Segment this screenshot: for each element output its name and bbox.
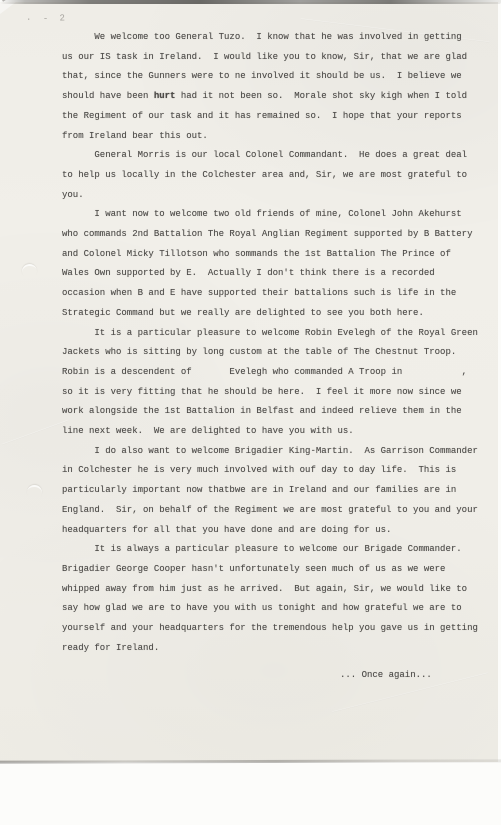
- text-line: should have been hurt had it not been so…: [62, 87, 492, 107]
- text-segment: you.: [62, 190, 84, 200]
- text-line: and Colonel Micky Tillotson who sommands…: [62, 245, 492, 265]
- text-line: Brigadier George Cooper hasn't unfortuna…: [62, 560, 492, 580]
- text-segment: us our IS task in Ireland. I would like …: [62, 52, 467, 62]
- text-line: us our IS task in Ireland. I would like …: [62, 48, 492, 68]
- text-line: General Morris is our local Colonel Comm…: [62, 146, 492, 166]
- text-segment: line next week. We are delighted to have…: [62, 426, 354, 436]
- text-line: Strategic Command but we really are deli…: [62, 304, 492, 324]
- text-segment: and Colonel Micky Tillotson who sommands…: [62, 249, 451, 259]
- text-line: work alongside the 1st Battalion in Belf…: [62, 402, 492, 422]
- emphasized-word: hurt: [154, 91, 176, 101]
- text-segment: the Regiment of our task and it has rema…: [62, 111, 462, 121]
- text-segment: England. Sir, on behalf of the Regiment …: [62, 505, 478, 515]
- text-line: the Regiment of our task and it has rema…: [62, 107, 492, 127]
- page-bottom-edge: [0, 759, 501, 763]
- paragraph: It is always a particular pleasure to we…: [62, 540, 492, 658]
- text-segment: should have been: [62, 91, 154, 101]
- text-segment: Robin is a descendent of Evelegh who com…: [62, 367, 467, 377]
- paper-crease: [2, 420, 68, 445]
- text-segment: say how glad we are to have you with us …: [62, 603, 462, 613]
- text-line: I do also want to welcome Brigadier King…: [62, 442, 492, 462]
- scan-top-edge: [0, 0, 501, 4]
- text-line: particularly important now thatbwe are i…: [62, 481, 492, 501]
- text-segment: Jackets who is sitting by long custom at…: [62, 347, 456, 357]
- text-line: say how glad we are to have you with us …: [62, 599, 492, 619]
- text-segment: I do also want to welcome Brigadier King…: [62, 446, 478, 456]
- text-segment: headquarters for all that you have done …: [62, 525, 391, 535]
- paragraph: General Morris is our local Colonel Comm…: [62, 146, 492, 205]
- text-segment: to help us locally in the Colchester are…: [62, 170, 467, 180]
- text-segment: ready for Ireland.: [62, 643, 159, 653]
- text-segment: work alongside the 1st Battalion in Belf…: [62, 406, 462, 416]
- text-line: that, since the Gunners were to ne invol…: [62, 67, 492, 87]
- text-line: Robin is a descendent of Evelegh who com…: [62, 363, 492, 383]
- text-segment: General Morris is our local Colonel Comm…: [62, 150, 467, 160]
- text-segment: who commands 2nd Battalion The Royal Ang…: [62, 229, 472, 239]
- text-segment: Brigadier George Cooper hasn't unfortuna…: [62, 564, 445, 574]
- text-segment: Wales Own supported by E. Actually I don…: [62, 268, 435, 278]
- text-segment: whipped away from him just as he arrived…: [62, 584, 467, 594]
- text-segment: It is always a particular pleasure to we…: [62, 544, 462, 554]
- text-segment: in Colchester he is very much involved w…: [62, 465, 456, 475]
- text-line: Jackets who is sitting by long custom at…: [62, 343, 492, 363]
- paragraph: It is a particular pleasure to welcome R…: [62, 324, 492, 442]
- text-segment: We welcome too General Tuzo. I know that…: [62, 32, 462, 42]
- text-line: I want now to welcome two old friends of…: [62, 205, 492, 225]
- text-line: line next week. We are delighted to have…: [62, 422, 492, 442]
- text-segment: from Ireland bear this out.: [62, 131, 208, 141]
- letter-body-text: We welcome too General Tuzo. I know that…: [62, 28, 492, 659]
- text-line: you.: [62, 186, 492, 206]
- paragraph: I want now to welcome two old friends of…: [62, 205, 492, 323]
- punch-hole-impression: [21, 263, 38, 280]
- text-line: whipped away from him just as he arrived…: [62, 580, 492, 600]
- text-segment: I want now to welcome two old friends of…: [62, 209, 462, 219]
- scanned-document: · - 2 We welcome too General Tuzo. I kno…: [0, 0, 501, 825]
- text-line: It is a particular pleasure to welcome R…: [62, 324, 492, 344]
- closing-line: ... Once again...: [340, 670, 432, 680]
- text-line: England. Sir, on behalf of the Regiment …: [62, 501, 492, 521]
- text-segment: so it is very fitting that he should be …: [62, 387, 462, 397]
- text-line: to help us locally in the Colchester are…: [62, 166, 492, 186]
- text-line: from Ireland bear this out.: [62, 127, 492, 147]
- text-line: occasion when B and E have supported the…: [62, 284, 492, 304]
- text-line: headquarters for all that you have done …: [62, 521, 492, 541]
- text-segment: Strategic Command but we really are deli…: [62, 308, 424, 318]
- paragraph: I do also want to welcome Brigadier King…: [62, 442, 492, 541]
- text-segment: had it not been so. Morale shot sky kigh…: [175, 91, 467, 101]
- text-line: It is always a particular pleasure to we…: [62, 540, 492, 560]
- punch-hole-impression: [26, 484, 42, 500]
- pencil-page-number: · - 2: [26, 13, 68, 24]
- text-line: ready for Ireland.: [62, 639, 492, 659]
- text-segment: occasion when B and E have supported the…: [62, 288, 456, 298]
- text-segment: yourself and your headquarters for the t…: [62, 623, 478, 633]
- text-line: We welcome too General Tuzo. I know that…: [62, 28, 492, 48]
- paragraph: We welcome too General Tuzo. I know that…: [62, 28, 492, 146]
- text-segment: that, since the Gunners were to ne invol…: [62, 71, 462, 81]
- text-line: who commands 2nd Battalion The Royal Ang…: [62, 225, 492, 245]
- text-line: Wales Own supported by E. Actually I don…: [62, 264, 492, 284]
- text-segment: particularly important now thatbwe are i…: [62, 485, 456, 495]
- text-line: yourself and your headquarters for the t…: [62, 619, 492, 639]
- text-segment: It is a particular pleasure to welcome R…: [62, 328, 478, 338]
- typewritten-letter-page: · - 2 We welcome too General Tuzo. I kno…: [0, 2, 498, 762]
- text-line: in Colchester he is very much involved w…: [62, 461, 492, 481]
- text-line: so it is very fitting that he should be …: [62, 383, 492, 403]
